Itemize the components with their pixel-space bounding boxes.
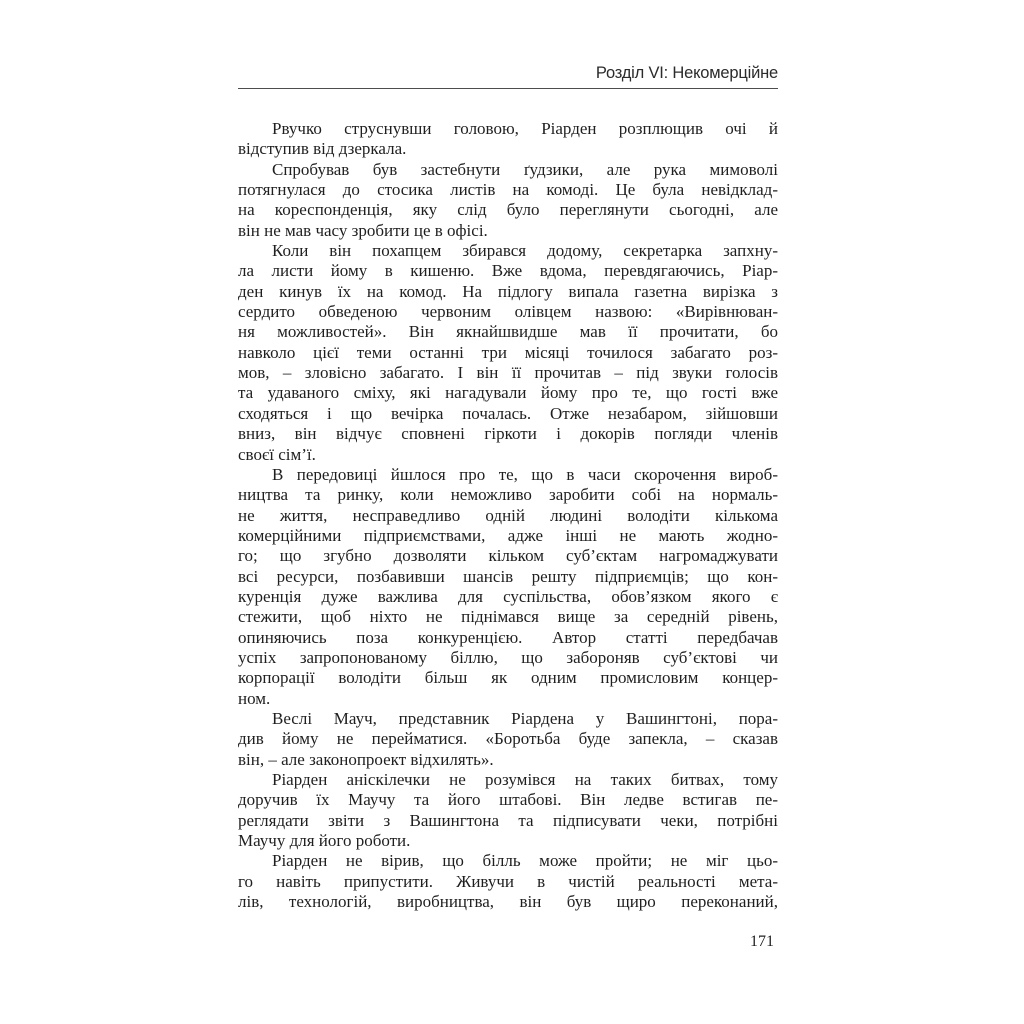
text-line: вниз, він відчує сповнені гіркоти і доко… [238, 424, 778, 444]
paragraph: Веслі Мауч, представник Ріардена у Вашин… [238, 709, 778, 770]
book-page: Розділ VI: Некомерційне Рвучко струснувш… [0, 0, 1024, 1024]
running-header: Розділ VI: Некомерційне [238, 63, 778, 83]
paragraph: Коли він похапцем збирався додому, секре… [238, 241, 778, 465]
text-line: Рвучко струснувши головою, Ріарден розпл… [238, 119, 778, 139]
text-line: куренція дуже важлива для суспільства, о… [238, 587, 778, 607]
paragraph: Ріарден аніскілечки не розумівся на таки… [238, 770, 778, 851]
text-line: він, – але законопроект відхилять». [238, 750, 778, 770]
text-line: на кореспонденція, яку слід було перегля… [238, 200, 778, 220]
text-line: Ріарден аніскілечки не розумівся на таки… [238, 770, 778, 790]
text-line: Маучу для його роботи. [238, 831, 778, 851]
text-line: всі ресурси, позбавивши шансів решту під… [238, 567, 778, 587]
text-line: Коли він похапцем збирався додому, секре… [238, 241, 778, 261]
text-line: реглядати звіти з Вашингтона та підписув… [238, 811, 778, 831]
page-body: Рвучко струснувши головою, Ріарден розпл… [238, 119, 778, 912]
text-line: відступив від дзеркала. [238, 139, 778, 159]
text-line: ня можливостей». Він якнайшвидше мав її … [238, 322, 778, 342]
text-line: ла листи йому в кишеню. Вже вдома, перев… [238, 261, 778, 281]
page-number: 171 [238, 932, 778, 952]
text-line: сходяться і що вечірка почалась. Отже не… [238, 404, 778, 424]
paragraph: В передовиці йшлося про те, що в часи ск… [238, 465, 778, 709]
text-line: він не мав часу зробити це в офісі. [238, 221, 778, 241]
text-line: ництва та ринку, коли неможливо заробити… [238, 485, 778, 505]
text-line: ден кинув їх на комод. На підлогу випала… [238, 282, 778, 302]
text-line: мов, – зловісно забагато. І він її прочи… [238, 363, 778, 383]
paragraph: Рвучко струснувши головою, Ріарден розпл… [238, 119, 778, 160]
header-rule [238, 88, 778, 89]
text-line: доручив їх Маучу та його штабові. Він ле… [238, 790, 778, 810]
text-line: комерційними підприємствами, адже інші н… [238, 526, 778, 546]
text-line: го навіть припустити. Живучи в чистій ре… [238, 872, 778, 892]
text-line: навколо цієї теми останні три місяці точ… [238, 343, 778, 363]
text-line: своєї сім’ї. [238, 445, 778, 465]
text-line: та удаваного сміху, які нагадували йому … [238, 383, 778, 403]
paragraph: Спробував був застебнути ґудзики, але ру… [238, 160, 778, 241]
text-line: успіх запропонованому біллю, що забороня… [238, 648, 778, 668]
text-line: див йому не перейматися. «Боротьба буде … [238, 729, 778, 749]
paragraph: Ріарден не вірив, що білль може пройти; … [238, 851, 778, 912]
text-column: Розділ VI: Некомерційне Рвучко струснувш… [238, 0, 778, 952]
text-line: лів, технологій, виробництва, він був щи… [238, 892, 778, 912]
text-line: Ріарден не вірив, що білль може пройти; … [238, 851, 778, 871]
text-line: сердито обведеною червоним олівцем назво… [238, 302, 778, 322]
text-line: В передовиці йшлося про те, що в часи ск… [238, 465, 778, 485]
text-line: опиняючись поза конкуренцією. Автор стат… [238, 628, 778, 648]
text-line: Спробував був застебнути ґудзики, але ру… [238, 160, 778, 180]
text-line: го; що згубно дозволяти кільком суб’єкта… [238, 546, 778, 566]
text-line: Веслі Мауч, представник Ріардена у Вашин… [238, 709, 778, 729]
text-line: не життя, несправедливо одній людині вол… [238, 506, 778, 526]
text-line: стежити, щоб ніхто не піднімався вище за… [238, 607, 778, 627]
text-line: ном. [238, 689, 778, 709]
text-line: потягнулася до стосика листів на комоді.… [238, 180, 778, 200]
text-line: корпорації володіти більш як одним проми… [238, 668, 778, 688]
